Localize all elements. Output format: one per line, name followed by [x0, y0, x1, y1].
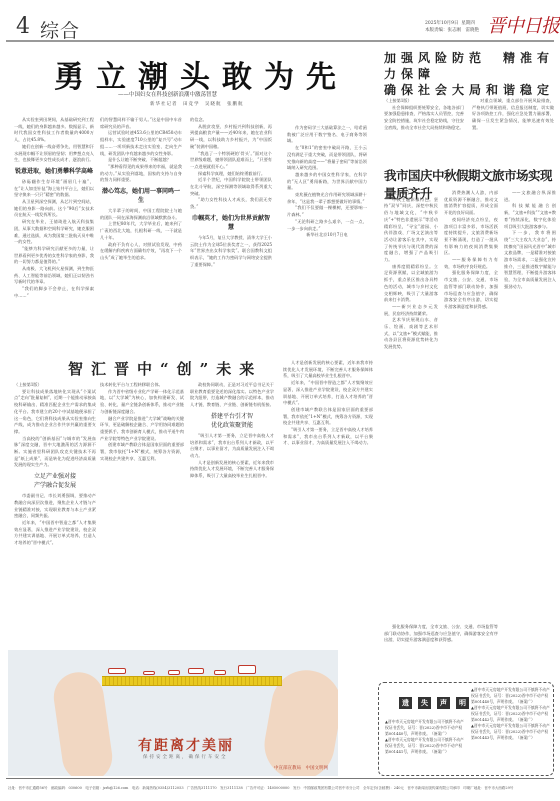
lead-byline: 新华社记者 田竞学 吴晓航 张鹏航: [150, 101, 244, 107]
issue-date: 2025年10月9日: [425, 21, 459, 26]
right-top-column-2: 对重点领域、重点部位开展风险排查，严格执行带班值班、信息报送制度，切实做好各项防…: [472, 98, 554, 148]
notice-title: 遗 失 声 明: [399, 697, 469, 709]
lead-column-3: 的信念。 从脱贫攻坚、乡村振兴到科技创新，再到提高粮食产量——近40年来，她在农…: [190, 117, 272, 351]
editors: 本版责编：张志刚 雷晓艳: [425, 27, 479, 34]
right-mid-column-tail: 强化服务保障力度，全市文旅、公安、交通、市场监管等部门联动协作，加强市场巡查与应…: [384, 624, 498, 674]
lead-subheading-2: 潜心笃志，她们用一事同鸣一生: [100, 187, 182, 205]
lead-column-1: 从实验室到田埂间，从基础研究到工程一线，她们的身影越来越多。数据显示，新时代我国…: [14, 117, 94, 351]
dateline: 2025年10月9日 星期四 本版责编：张志刚 雷晓艳: [425, 20, 479, 34]
measuring-tape-image: [102, 676, 282, 686]
weekday: 星期四: [461, 21, 475, 26]
page-number: 4: [16, 14, 30, 39]
right-mid-column-3: ——文旅融合纵深推进。 科技赋能融合创新，“文旅+科技”“文旅+教育”持续深化，…: [504, 190, 556, 674]
car-icon: [143, 671, 155, 675]
notice-entry: ▲晋中市天元房地产开发有限公司不慎将不动产权证书丢失，证号：晋(2022)晋中市…: [471, 687, 551, 705]
notice-column-2: ▲晋中市天元房地产开发有限公司不慎将不动产权证书丢失，证号：晋(2022)晋中市…: [471, 687, 551, 741]
notice-entry: ▲晋中市天元房地产开发有限公司不慎将不动产权证书丢失，证号：晋(2022)晋中市…: [471, 705, 551, 723]
ad-sponsor: 中宣部宣教局 中国文明网: [274, 765, 328, 771]
footer-info: 社址：晋中市汇通路56号 邮政编码：030600 电子信箱：jzrb@126.c…: [8, 786, 556, 791]
middle-column-1: （上接第1版） 要让科技成果落地转化实现从“个案试点”走向“批量复制”，近期一个…: [14, 382, 96, 644]
suv-icon: [214, 670, 226, 675]
lead-column-2: 们的智慧同样不输于男人。”这是中国中车首席研究员的声音。 运营试验时速453.6…: [100, 117, 182, 351]
header-divider: [6, 40, 554, 42]
public-service-ad: 有距离才美丽 保持安全距离，确保行车安全 中宣部宣教局 中国文明网: [8, 650, 338, 776]
middle-column-4: 人才是创新发展的核心要素，近年来我市持续优化人才发展环境，不断完善人才服务保障体…: [283, 360, 373, 644]
car-icon: [168, 670, 180, 675]
middle-column-2: 技术转化平台与工程转移联合体。 作为晋中省级专业化产学研一体化示范基地，以“大学…: [100, 382, 184, 644]
notice-entry: ▲晋中市天元房地产开发有限公司不慎将不动产权证书丢失，证号：晋(2022)晋中市…: [385, 719, 465, 737]
lead-subtitle: ——中国妇女在科技创新浪潮中激荡智慧: [118, 90, 217, 98]
right-mid-column-2: 消费热潮人人游，内部优质资源不断融合，推动文旅消费扩容提质，形成全面开花的良好局…: [444, 190, 498, 624]
lead-subheading-1: 锐意进取，她们勇攀科学高峰: [14, 167, 94, 176]
bus-icon: [108, 668, 126, 674]
right-top-column-1: （上接第1版） 社会保障组织要统筹安全，各地各部门要加强隐患排查，严格落实人员管…: [384, 98, 464, 148]
truck-icon: [238, 665, 256, 674]
middle-article-title: 智汇晋中“创”未来: [68, 358, 262, 379]
ad-tagline: 保持安全距离，确保行车安全: [143, 754, 228, 760]
lead-dateline: 新华社北京10月7日电: [287, 232, 367, 239]
notice-entry: ▲晋中市天元房地产开发有限公司不慎将不动产权证书丢失，证号：晋(2022)晋中市…: [471, 723, 551, 741]
ad-headline: 有距离才美丽: [138, 735, 234, 755]
van-icon: [188, 668, 204, 674]
loss-notice-box: 遗 失 声 明 ▲晋中市天元房地产开发有限公司不慎将不动产权证书丢失，证号：晋(…: [378, 682, 554, 776]
lead-column-4: 作为密码学三大基础算法之一，哈希函数被广泛应用于数字签名、电子商务等领域。 在“…: [287, 125, 367, 351]
footer-divider: [6, 778, 554, 779]
notice-entry: ▲晋中市天元房地产开发有限公司不慎将不动产权证书丢失，证号：晋(2022)晋中市…: [385, 737, 465, 755]
right-mid-column-1: （上接第1版） 中秋主题影像特色。坚持“双节”同庆，深挖中秋民俗与地域文化，“中…: [384, 190, 438, 624]
middle-column-3: 政校协同联动，正是对习近平总书记关于职业教育重要论述的深化落实。以特色产业学院为…: [190, 382, 274, 644]
middle-subheading-2: 搭建平台引才智 优化政策聚贤能: [190, 412, 274, 430]
middle-subheading-1: 立足产业强对接 产学融合促发展: [14, 472, 96, 490]
masthead-logo: 晋中日报: [487, 11, 559, 38]
section-name: 综合: [40, 16, 80, 43]
right-top-title: 加强风险防范 精准有力保障 确保社会大局和谐稳定: [384, 50, 560, 98]
notice-column-1: ▲晋中市天元房地产开发有限公司不慎将不动产权证书丢失，证号：晋(2022)晋中市…: [385, 719, 465, 755]
lead-subheading-3: 巾帼英才，她们为世界贡献智慧: [190, 214, 272, 232]
